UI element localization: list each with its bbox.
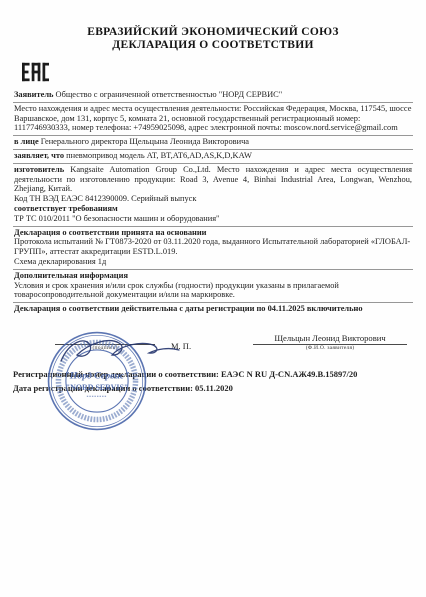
manufacturer-section: изготовитель Kangsaite Automation Group … [13, 164, 413, 227]
additional-info-text: Условия и срок хранения и/или срок служб… [14, 281, 412, 301]
additional-info-section: Дополнительная информация Условия и срок… [13, 270, 413, 303]
registration-block: Регистрационный номер декларации о соотв… [13, 369, 413, 394]
document-title: ЕВРАЗИЙСКИЙ ЭКОНОМИЧЕСКИЙ СОЮЗ ДЕКЛАРАЦИ… [13, 26, 413, 52]
declares-value: пневмопривод модель AT, BT,AT6,AD,AS,K,D… [66, 151, 252, 160]
additional-info-label: Дополнительная информация [14, 271, 412, 281]
signature-area: (подпись) [55, 332, 155, 352]
signature-row: (подпись) М. П. Щельцын Леонид Викторови… [13, 332, 413, 352]
title-line-1: ЕВРАЗИЙСКИЙ ЭКОНОМИЧЕСКИЙ СОЮЗ [13, 26, 413, 39]
applicant-value: Общество с ограниченной ответственностью… [56, 90, 283, 99]
declares-label: заявляет, что [14, 151, 64, 160]
person-value: Генерального директора Щельцына Леонида … [41, 137, 249, 146]
person-section: в лице Генерального директора Щельцына Л… [13, 136, 413, 150]
registration-number-line: Регистрационный номер декларации о соотв… [13, 369, 413, 380]
basis-text: Протокола испытаний № ГТ0873-2020 от 03.… [14, 237, 412, 257]
title-line-2: ДЕКЛАРАЦИЯ О СООТВЕТСТВИИ [13, 39, 413, 52]
manufacturer-label: изготовитель [14, 165, 64, 174]
signature-caption: (подпись) [55, 345, 155, 352]
scheme-line: Схема декларирования 1д [14, 257, 412, 267]
declarant-name-caption: (Ф.И.О. заявителя) [253, 345, 407, 352]
declarant-name: Щельцын Леонид Викторович [253, 333, 407, 345]
person-label: в лице [14, 137, 39, 146]
tnved-line: Код ТН ВЭД ЕАЭС 8412390009. Серийный вып… [14, 194, 412, 204]
applicant-label: Заявитель [14, 90, 53, 99]
conforms-value: ТР ТС 010/2011 "О безопасности машин и о… [14, 214, 412, 224]
stamp-place-label: М. П. [171, 341, 191, 351]
conforms-label: соответствует требованиям [14, 204, 412, 214]
basis-label: Декларация о соответствии принята на осн… [14, 228, 412, 238]
applicant-section: Заявитель Общество с ограниченной ответс… [13, 89, 413, 103]
validity-line: Декларация о соответствии действительна … [13, 303, 413, 316]
signature-line [55, 332, 155, 345]
declaration-document: ЕВРАЗИЙСКИЙ ЭКОНОМИЧЕСКИЙ СОЮЗ ДЕКЛАРАЦИ… [0, 0, 426, 597]
declarant-name-area: Щельцын Леонид Викторович (Ф.И.О. заявит… [253, 333, 407, 352]
manufacturer-value: Kangsaite Automation Group Co.,Ltd. Мест… [14, 165, 412, 194]
basis-section: Декларация о соответствии принята на осн… [13, 227, 413, 270]
applicant-details-text: Место нахождения и адрес места осуществл… [14, 104, 411, 133]
declares-section: заявляет, что пневмопривод модель AT, BT… [13, 150, 413, 164]
eac-mark-icon [22, 57, 49, 87]
signature-and-registration-region: "Норд Сервис" "NORD SERVIS" (подпись) М.… [13, 332, 413, 394]
manufacturer-paragraph: изготовитель Kangsaite Automation Group … [14, 165, 412, 194]
applicant-details-section: Место нахождения и адрес места осуществл… [13, 103, 413, 136]
registration-date-line: Дата регистрации декларации о соответств… [13, 383, 413, 394]
